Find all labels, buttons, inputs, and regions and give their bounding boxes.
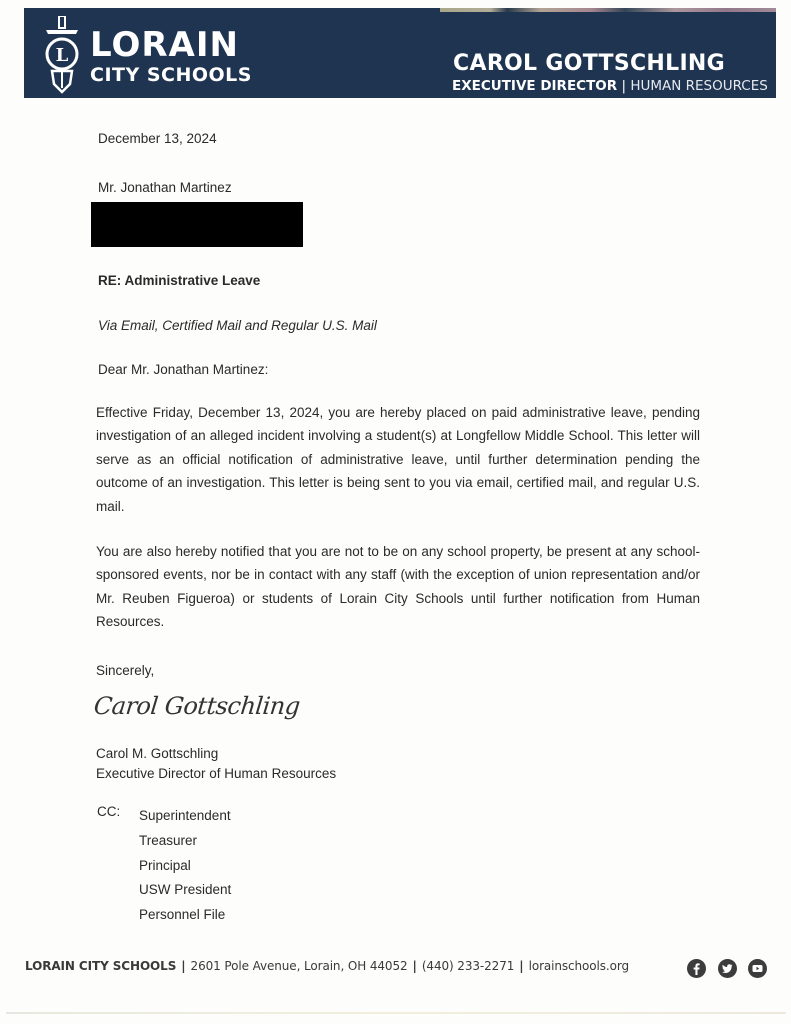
body-paragraph-1: Effective Friday, December 13, 2024, you… bbox=[96, 401, 700, 518]
footer-contact: LORAIN CITY SCHOOLS|2601 Pole Avenue, Lo… bbox=[25, 958, 629, 974]
recipient-name: Mr. Jonathan Martinez bbox=[98, 180, 232, 196]
scan-bottom-edge bbox=[6, 1012, 786, 1014]
cc-item: Treasurer bbox=[139, 829, 231, 854]
letter-date: December 13, 2024 bbox=[98, 131, 217, 147]
lorain-shield-emblem-icon: L bbox=[42, 16, 82, 94]
twitter-icon[interactable] bbox=[718, 959, 737, 978]
scan-color-strip bbox=[440, 8, 776, 12]
footer-separator: | bbox=[519, 959, 523, 973]
cc-item: USW President bbox=[139, 878, 231, 903]
title-separator: | bbox=[617, 78, 630, 94]
signer-name: Carol M. Gottschling bbox=[96, 746, 218, 762]
cc-label: CC: bbox=[97, 804, 120, 820]
facebook-icon[interactable] bbox=[687, 959, 706, 978]
letterhead-title: EXECUTIVE DIRECTOR | HUMAN RESOURCES bbox=[452, 78, 768, 94]
cc-item: Superintendent bbox=[139, 804, 231, 829]
footer-phone: (440) 233-2271 bbox=[422, 959, 514, 973]
cc-item: Principal bbox=[139, 854, 231, 879]
footer-website[interactable]: lorainschools.org bbox=[529, 959, 629, 973]
subject-line: RE: Administrative Leave bbox=[98, 273, 260, 289]
footer-org: LORAIN CITY SCHOOLS bbox=[25, 959, 176, 973]
cc-item: Personnel File bbox=[139, 903, 231, 928]
title-bold: EXECUTIVE DIRECTOR bbox=[452, 78, 617, 94]
logo-text-city-schools: CITY SCHOOLS bbox=[90, 65, 252, 85]
title-light: HUMAN RESOURCES bbox=[630, 78, 768, 94]
handwritten-signature: Carol Gottschling bbox=[93, 692, 302, 720]
footer-separator: | bbox=[181, 959, 185, 973]
delivery-method: Via Email, Certified Mail and Regular U.… bbox=[98, 318, 377, 334]
cc-list: Superintendent Treasurer Principal USW P… bbox=[139, 804, 231, 928]
logo-text-lorain: LORAIN bbox=[90, 28, 239, 62]
signer-title: Executive Director of Human Resources bbox=[96, 766, 336, 782]
footer-address: 2601 Pole Avenue, Lorain, OH 44052 bbox=[191, 959, 408, 973]
footer-separator: | bbox=[413, 959, 417, 973]
redacted-address bbox=[91, 202, 303, 247]
salutation: Dear Mr. Jonathan Martinez: bbox=[98, 362, 268, 378]
body-paragraph-2: You are also hereby notified that you ar… bbox=[96, 540, 700, 634]
closing: Sincerely, bbox=[96, 663, 154, 679]
letterhead-name: CAROL GOTTSCHLING bbox=[453, 52, 725, 76]
youtube-icon[interactable] bbox=[748, 959, 767, 978]
svg-text:L: L bbox=[56, 45, 69, 66]
